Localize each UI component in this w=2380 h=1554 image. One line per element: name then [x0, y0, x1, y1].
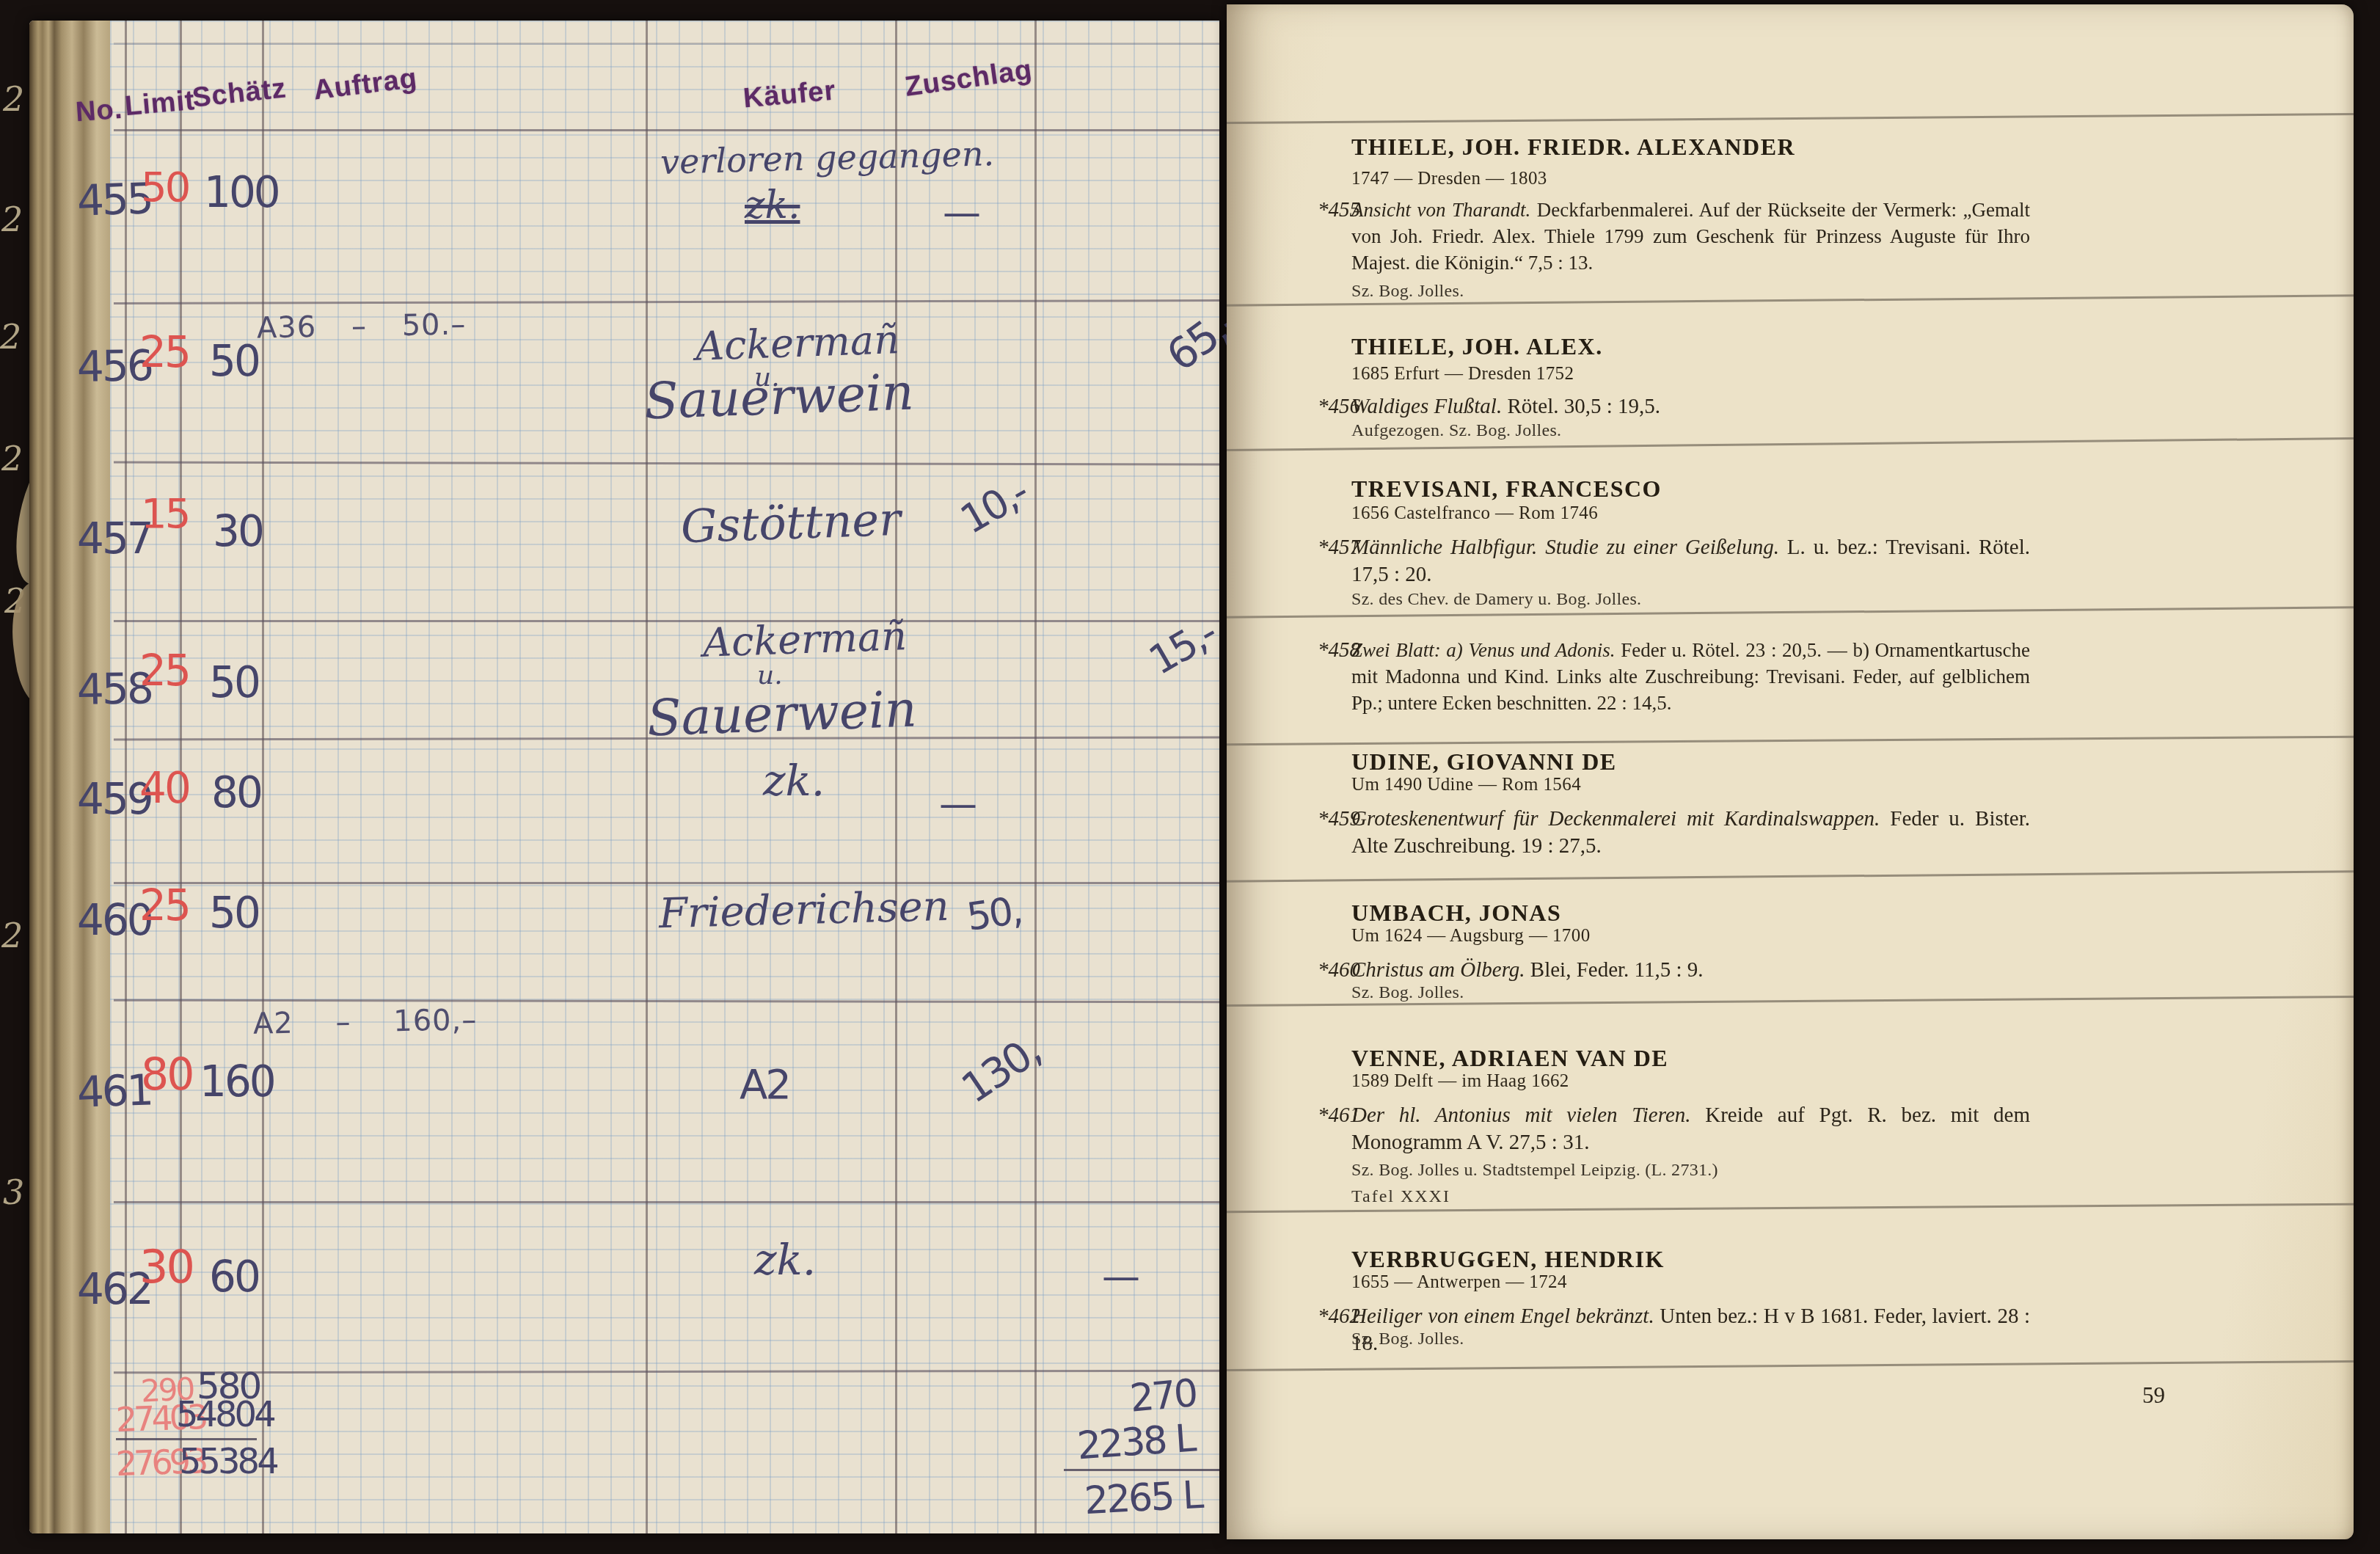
artist-dates: 1656 Castelfranco — Rom 1746	[1351, 503, 1598, 524]
buyer-name: Sauerwein	[646, 681, 918, 748]
work-title: Groteskenentwurf für Deckenmalerei mit K…	[1351, 807, 1880, 831]
total-black: 55384	[179, 1441, 277, 1482]
row-rule	[114, 620, 1219, 622]
estimate-value: 160	[200, 1057, 274, 1106]
zuschlag-total: 270	[1128, 1371, 1198, 1421]
estimate-value: 50	[209, 336, 259, 386]
artist-heading: VERBRUGGEN, HENDRIK	[1351, 1246, 1665, 1273]
margin-cut-digit: 2	[1, 916, 23, 955]
work-title: Der hl. Antonius mit vielen Tieren.	[1351, 1104, 1691, 1127]
artist-heading: VENNE, ADRIAEN VAN DE	[1351, 1045, 1668, 1072]
entry-separator	[1227, 113, 2354, 124]
artist-dates: Um 1490 Udine — Rom 1564	[1351, 775, 1581, 795]
artist-dates: 1589 Delft — im Haag 1662	[1351, 1071, 1569, 1092]
entry-separator	[1227, 736, 2354, 746]
work-title: Ansicht von Tharandt.	[1351, 199, 1530, 221]
work-title: Christus am Ölberg.	[1351, 958, 1525, 982]
scanned-book-spread: 2 2 2 2 2 2 3 No. Limit Schätz Auftrag K…	[0, 0, 2380, 1554]
artist-heading: THIELE, JOH. FRIEDR. ALEXANDER	[1351, 134, 1795, 161]
entry-separator	[1227, 1360, 2354, 1371]
sum-rule	[116, 1438, 257, 1440]
artist-dates: 1685 Erfurt — Dresden 1752	[1351, 364, 1574, 384]
margin-cut-digit: 2	[1, 439, 23, 478]
margin-cut-digit: 2	[0, 317, 21, 357]
artist-heading: TREVISANI, FRANCESCO	[1351, 475, 1662, 503]
limit-value: 40	[139, 763, 189, 813]
page-number: 59	[2142, 1382, 2165, 1409]
ledger-grid-paper	[110, 21, 1219, 1533]
plate-reference: Tafel XXXI	[1351, 1187, 1450, 1207]
estimate-value: 60	[209, 1252, 259, 1302]
hammer-price: —	[939, 782, 975, 826]
zuschlag-total: 2238 L	[1076, 1416, 1196, 1468]
provenance-note: Sz. Bog. Jolles.	[1351, 1329, 1464, 1349]
row-rule	[114, 43, 1219, 45]
provenance-note: Aufgezogen. Sz. Bog. Jolles.	[1351, 421, 1561, 441]
hammer-price: 50,	[964, 889, 1023, 940]
buyer-name: Sauerwein	[643, 364, 915, 431]
margin-cut-digit: 3	[3, 1172, 24, 1212]
estimate-value: 80	[211, 767, 261, 817]
column-rule	[646, 21, 648, 1533]
buyer-note: zk.	[754, 1235, 816, 1285]
artist-dates: 1747 — Dresden — 1803	[1351, 169, 1547, 189]
buyer-name: Friederichsen	[658, 883, 949, 938]
row-rule	[114, 129, 1219, 131]
row-rule	[114, 882, 1219, 884]
commission-note: A36 – 50.–	[257, 308, 467, 346]
column-rule	[1034, 21, 1037, 1533]
buyer-name: Ackermañ	[695, 316, 900, 370]
buyer-note: zk.	[763, 756, 825, 806]
limit-value: 25	[139, 646, 189, 696]
ledger-page: No. Limit Schätz Auftrag Käufer Zuschlag…	[29, 21, 1219, 1533]
buyer-note: zk.	[745, 183, 800, 227]
provenance-note: Sz. Bog. Jolles u. Stadtstempel Leipzig.…	[1351, 1161, 1718, 1181]
provenance-note: Sz. Bog. Jolles.	[1351, 983, 1464, 1003]
column-header-limit: Limit	[123, 85, 196, 123]
work-description: Rötel. 30,5 : 19,5.	[1507, 395, 1660, 418]
work-title: Männliche Halbfigur. Studie zu einer Gei…	[1351, 536, 1779, 559]
artist-heading: THIELE, JOH. ALEX.	[1351, 333, 1603, 360]
limit-value: 80	[141, 1049, 192, 1101]
sum-rule	[1064, 1469, 1219, 1471]
margin-cut-digit: 2	[1, 200, 23, 239]
zuschlag-total: 2265 L	[1084, 1473, 1203, 1523]
work-title: Zwei Blatt: a) Venus und Adonis.	[1351, 639, 1616, 661]
estimate-value: 100	[204, 167, 279, 217]
buyer-name: Ackermañ	[702, 613, 908, 666]
limit-value: 25	[139, 327, 189, 377]
hammer-price: —	[943, 191, 979, 235]
limit-value: 50	[141, 164, 189, 211]
artist-dates: 1655 — Antwerpen — 1724	[1351, 1272, 1567, 1293]
provenance-note: Sz. Bog. Jolles.	[1351, 282, 1464, 302]
limit-value: 15	[141, 490, 189, 538]
work-title: Waldiges Flußtal.	[1351, 395, 1502, 418]
buyer-name: A2	[740, 1061, 789, 1109]
total-black: 54804	[176, 1394, 274, 1435]
column-rule	[262, 21, 264, 1533]
estimate-value: 50	[209, 657, 259, 707]
column-rule	[895, 21, 897, 1533]
estimate-value: 50	[209, 888, 259, 938]
estimate-value: 30	[213, 506, 263, 556]
artist-heading: UDINE, GIOVANNI DE	[1351, 748, 1617, 776]
entry-separator	[1227, 870, 2354, 882]
buyer-name: Gstöttner	[680, 492, 902, 553]
margin-cut-digit: 2	[3, 79, 24, 119]
work-description: Blei, Feder. 11,5 : 9.	[1530, 958, 1704, 982]
column-header-no: No.	[75, 94, 124, 128]
limit-value: 30	[139, 1240, 193, 1294]
catalog-page: THIELE, JOH. FRIEDR. ALEXANDER 1747 — Dr…	[1227, 4, 2354, 1539]
commission-note: A2 – 160,–	[253, 1003, 478, 1040]
row-rule	[114, 1201, 1219, 1203]
work-title: Heiliger von einem Engel bekränzt.	[1351, 1305, 1654, 1328]
artist-heading: UMBACH, JONAS	[1351, 900, 1561, 927]
hammer-price: —	[1102, 1255, 1138, 1299]
provenance-note: Sz. des Chev. de Damery u. Bog. Jolles.	[1351, 590, 1641, 610]
artist-dates: Um 1624 — Augsburg — 1700	[1351, 926, 1591, 946]
limit-value: 25	[139, 880, 189, 930]
